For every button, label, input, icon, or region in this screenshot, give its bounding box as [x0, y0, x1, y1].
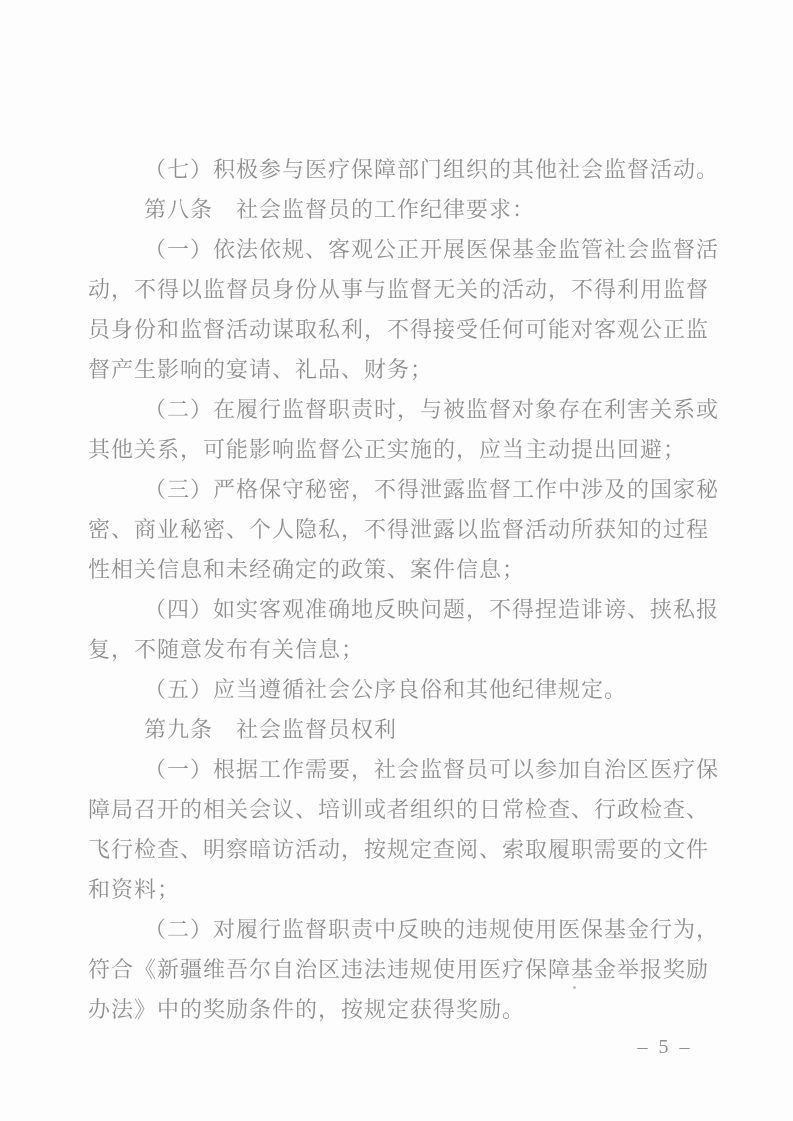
- text-line: 员身份和监督活动谋取私利，不得接受任何可能对客观公正监: [88, 310, 710, 350]
- text-line: （一）根据工作需要，社会监督员可以参加自治区医疗保: [88, 750, 710, 790]
- article-heading: 第八条 社会监督员的工作纪律要求：: [88, 190, 710, 230]
- text-line: 动，不得以监督员身份从事与监督无关的活动，不得利用监督: [88, 270, 710, 310]
- text-line: （七）积极参与医疗保障部门组织的其他社会监督活动。: [88, 150, 710, 190]
- text-line: 督产生影响的宴请、礼品、财务；: [88, 350, 710, 390]
- text-line: 密、商业秘密、个人隐私，不得泄露以监督活动所获知的过程: [88, 510, 710, 550]
- page-number: – 5 –: [610, 1036, 720, 1059]
- text-line: 和资料；: [88, 870, 710, 910]
- text-line: （一）依法依规、客观公正开展医保基金监管社会监督活: [88, 230, 710, 270]
- text-line: （五）应当遵循社会公序良俗和其他纪律规定。: [88, 670, 710, 710]
- text-line: 飞行检查、明察暗访活动，按规定查阅、索取履职需要的文件: [88, 830, 710, 870]
- text-line: （四）如实客观准确地反映问题，不得捏造诽谤、挟私报: [88, 590, 710, 630]
- text-line: （二）对履行监督职责中反映的违规使用医保基金行为，: [88, 910, 710, 950]
- scanned-document-page: （七）积极参与医疗保障部门组织的其他社会监督活动。 第八条 社会监督员的工作纪律…: [0, 0, 793, 1121]
- text-line: 符合《新疆维吾尔自治区违法违规使用医疗保障基金举报奖励: [88, 950, 710, 990]
- text-line: （三）严格保守秘密，不得泄露监督工作中涉及的国家秘: [88, 470, 710, 510]
- article-heading: 第九条 社会监督员权利: [88, 710, 710, 750]
- text-line: 复，不随意发布有关信息；: [88, 630, 710, 670]
- text-line: 其他关系，可能影响监督公正实施的，应当主动提出回避；: [88, 430, 710, 470]
- text-line: 性相关信息和未经确定的政策、案件信息；: [88, 550, 710, 590]
- scan-artifact-dot: [573, 986, 576, 989]
- document-body: （七）积极参与医疗保障部门组织的其他社会监督活动。 第八条 社会监督员的工作纪律…: [88, 150, 710, 1030]
- text-line: （二）在履行监督职责时，与被监督对象存在利害关系或: [88, 390, 710, 430]
- text-line: 办法》中的奖励条件的，按规定获得奖励。: [88, 990, 710, 1030]
- text-line: 障局召开的相关会议、培训或者组织的日常检查、行政检查、: [88, 790, 710, 830]
